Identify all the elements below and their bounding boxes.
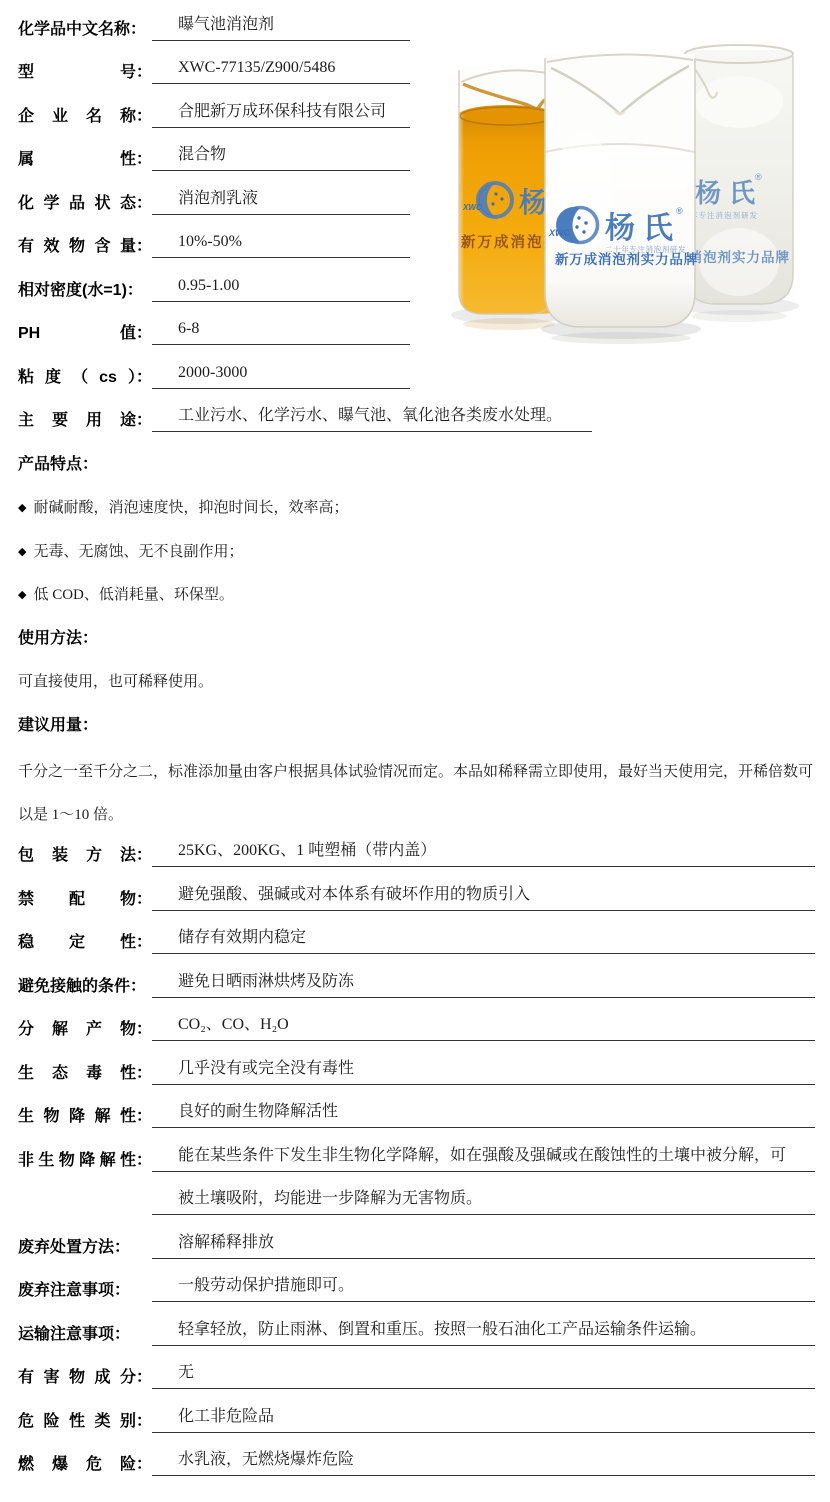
field-label: 禁配物： [18,889,152,911]
field-value: 无 [152,1362,815,1389]
field-label: 化学品中文名称： [18,19,152,41]
feature-text: 耐碱耐酸，消泡速度快，抑泡时间长，效率高； [33,497,348,519]
field-label: 废弃处置方法： [18,1237,152,1259]
feature-text: 低 COD、低消耗量、环保型。 [33,584,233,606]
field-row: 危险性类别： 化工非危险品 [18,1392,815,1436]
field-value-continued: 被土壤吸附，均能进一步降解为无害物质。 [152,1188,815,1215]
section-heading-row: 使用方法： [18,609,815,653]
field-value: 良好的耐生物降解活性 [152,1101,815,1128]
feature-item: ◆ 耐碱耐酸，消泡速度快，抑泡时间长，效率高； [18,479,815,523]
feature-item: ◆ 低 COD、低消耗量、环保型。 [18,566,815,610]
field-row: 包装方法： 25KG、200KG、1 吨塑桶（带内盖） [18,827,815,871]
usage-method-body: 可直接使用，也可稀释使用。 [18,671,213,693]
field-label: PH值： [18,323,152,345]
diamond-bullet-icon: ◆ [18,585,26,606]
dosage-body: 千分之一至千分之二，标准添加量由客户根据具体试验情况而定。本品如稀释需立即使用，… [18,740,815,827]
field-label: 有效物含量： [18,236,152,258]
field-label: 包装方法： [18,845,152,867]
section-heading-row: 建议用量： [18,696,815,740]
field-row: 生态毒性： 几乎没有或完全没有毒性 [18,1044,815,1088]
field-row: 废弃处置方法： 溶解稀释排放 [18,1218,815,1262]
logo-abbr-text: XWC [462,203,482,212]
field-value: 化工非危险品 [152,1406,815,1433]
field-value: 几乎没有或完全没有毒性 [152,1058,815,1085]
field-row: 禁配物： 避免强酸、强碱或对本体系有破坏作用的物质引入 [18,870,815,914]
registered-mark: ® [676,206,683,216]
logo-abbr-text: XWC [548,228,570,238]
field-value: 混合物 [152,144,410,171]
brand-slogan-text: 新万成消泡剂实力品牌 [555,251,698,267]
feature-text: 无毒、无腐蚀、无不良副作用； [33,541,243,563]
section-heading-row: 产品特点： [18,435,815,479]
field-value: 储存有效期内稳定 [152,927,815,954]
field-label: 危险性类别： [18,1411,152,1433]
field-value: 10%-50% [152,231,410,258]
field-row: 稳定性： 储存有效期内稳定 [18,914,815,958]
field-value: 2000-3000 [152,362,410,389]
field-row: 运输注意事项： 轻拿轻放，防止雨淋、倒置和重压。按照一般石油化工产品运输条件运输… [18,1305,815,1349]
field-value: 合肥新万成环保科技有限公司 [152,101,410,128]
field-label: 属性： [18,149,152,171]
field-row: 分解产物： CO₂、CO、H₂O [18,1001,815,1045]
field-continuation-row: 被土壤吸附，均能进一步降解为无害物质。 [18,1175,815,1219]
field-value: CO₂、CO、H₂O [152,1014,815,1041]
field-value: 消泡剂乳液 [152,188,410,215]
field-label: 化学品状态： [18,193,152,215]
beaker-middle: XWC 杨氏 ® 二十年专注消泡剂研发 新万成消泡剂实力品牌 [545,54,698,327]
field-row: 非生物降解性： 能在某些条件下发生非生物化学降解，如在强酸及强碱或在酸蚀性的土壤… [18,1131,815,1175]
field-label: 生态毒性： [18,1063,152,1085]
field-label: 燃爆危险： [18,1454,152,1476]
features-heading: 产品特点： [18,454,98,476]
brand-name-text: 杨氏 [695,178,763,208]
brand-name-text: 杨氏 [605,212,681,245]
field-row: 废弃注意事项： 一般劳动保护措施即可。 [18,1262,815,1306]
field-value: 轻拿轻放，防止雨淋、倒置和重压。按照一般石油化工产品运输条件运输。 [152,1319,815,1346]
field-label: 企业名称： [18,106,152,128]
registered-mark: ® [755,172,762,182]
field-value: 避免日晒雨淋烘烤及防冻 [152,971,815,998]
field-label: 粘度（cs）： [18,367,152,389]
field-label: 运输注意事项： [18,1324,152,1346]
field-label: 主要用途： [18,410,152,432]
field-label: 非生物降解性： [18,1150,152,1172]
field-row: 有害物成分： 无 [18,1349,815,1393]
field-row: 生物降解性： 良好的耐生物降解活性 [18,1088,815,1132]
product-spec-document: 化学品中文名称： 曝气池消泡剂 型号： XWC-77135/Z900/5486 … [0,0,830,1502]
diamond-bullet-icon: ◆ [18,498,26,519]
field-row: 避免接触的条件： 避免日晒雨淋烘烤及防冻 [18,957,815,1001]
field-value: 0.95-1.00 [152,275,410,302]
field-value: XWC-77135/Z900/5486 [152,57,410,84]
brand-middle: XWC 杨氏 ® 二十年专注消泡剂研发 新万成消泡剂实力品牌 [548,206,698,267]
field-value: 能在某些条件下发生非生物化学降解，如在强酸及强碱或在酸蚀性的土壤中被分解，可 [152,1145,815,1172]
field-label: 分解产物： [18,1019,152,1041]
field-value: 曝气池消泡剂 [152,14,410,41]
field-value: 6-8 [152,318,410,345]
field-row: 燃爆危险： 水乳液，无燃烧爆炸危险 [18,1436,815,1480]
usage-method-body-row: 可直接使用，也可稀释使用。 [18,653,815,697]
field-label: 相对密度(水=1)： [18,280,152,302]
diamond-bullet-icon: ◆ [18,542,26,563]
field-value: 溶解稀释排放 [152,1232,815,1259]
field-value: 工业污水、化学污水、曝气池、氧化池各类废水处理。 [152,405,592,432]
field-label: 避免接触的条件： [18,976,152,998]
field-value: 避免强酸、强碱或对本体系有破坏作用的物质引入 [152,884,815,911]
field-value: 水乳液，无燃烧爆炸危险 [152,1449,815,1476]
field-value: 25KG、200KG、1 吨塑桶（带内盖） [152,840,815,867]
field-value: 一般劳动保护措施即可。 [152,1275,815,1302]
field-label: 型号： [18,62,152,84]
feature-item: ◆ 无毒、无腐蚀、无不良副作用； [18,522,815,566]
field-label: 生物降解性： [18,1106,152,1128]
field-label: 废弃注意事项： [18,1280,152,1302]
field-label: 稳定性： [18,932,152,954]
usage-method-heading: 使用方法： [18,628,98,650]
product-beakers-image: XWC 杨氏 新万成消泡剂实力品牌 杨氏 ® 二十年专注消泡剂研发 新万成消泡剂… [433,12,825,344]
field-label: 有害物成分： [18,1367,152,1389]
field-row: 主要用途： 工业污水、化学污水、曝气池、氧化池各类废水处理。 [18,392,815,436]
field-row: 粘度（cs）： 2000-3000 [18,348,815,392]
dosage-heading: 建议用量： [18,715,98,737]
